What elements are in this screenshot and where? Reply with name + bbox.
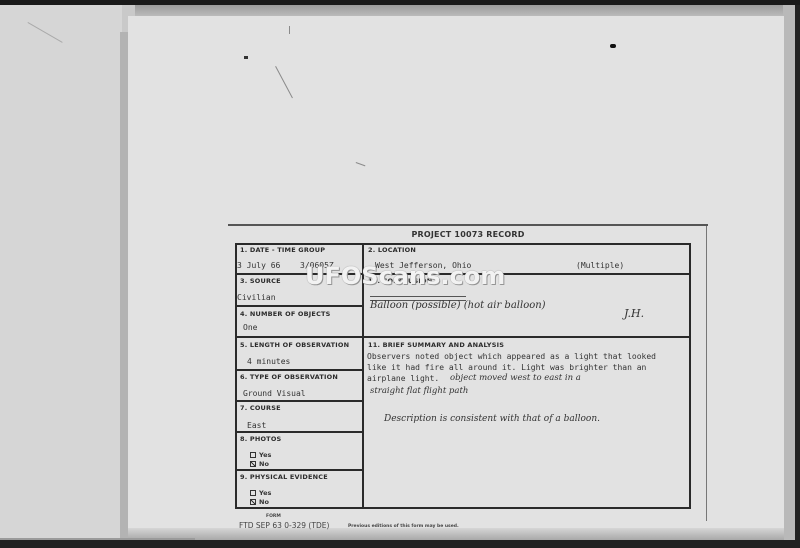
form-top-rule bbox=[228, 224, 708, 226]
summary-line-3: airplane light. bbox=[367, 374, 439, 383]
conclusion-handwritten: Balloon (possible) (hot air balloon) bbox=[370, 300, 546, 311]
form-right-rule bbox=[706, 226, 707, 521]
checkbox-checked-icon bbox=[250, 461, 256, 467]
footer-form-prefix: FORM bbox=[266, 514, 281, 519]
summary-handwritten-analysis: Description is consistent with that of a… bbox=[384, 414, 600, 424]
footer-note: Previous editions of this form may be us… bbox=[348, 524, 459, 529]
checkbox-empty-icon bbox=[250, 490, 256, 496]
date-value: 3 July 66 bbox=[237, 261, 280, 270]
summary-label: 11. BRIEF SUMMARY AND ANALYSIS bbox=[368, 341, 504, 349]
row-divider bbox=[235, 431, 363, 433]
summary-line-2: like it had fire all around it. Light wa… bbox=[367, 363, 646, 372]
conclusion-initials: J.H. bbox=[624, 307, 644, 320]
physical-evidence-yes-checkbox[interactable]: Yes bbox=[250, 489, 271, 497]
date-time-group-label: 1. DATE - TIME GROUP bbox=[240, 246, 325, 254]
scan-scratch bbox=[289, 26, 290, 34]
physical-evidence-no-checkbox[interactable]: No bbox=[250, 498, 269, 506]
type-of-observation-value: Ground Visual bbox=[243, 389, 306, 398]
row-divider bbox=[235, 336, 691, 338]
length-of-observation-label: 5. LENGTH OF OBSERVATION bbox=[240, 341, 349, 349]
location-note: (Multiple) bbox=[576, 261, 624, 270]
course-value: East bbox=[247, 421, 266, 430]
source-value: Civilian bbox=[237, 293, 276, 302]
checkbox-empty-icon bbox=[250, 452, 256, 458]
page-bottom-shadow bbox=[128, 528, 784, 540]
adjacent-page bbox=[0, 5, 122, 540]
number-of-objects-label: 4. NUMBER OF OBJECTS bbox=[240, 310, 331, 318]
summary-handwritten-1: object moved west to east in a bbox=[450, 373, 581, 383]
summary-handwritten-2: straight flat flight path bbox=[370, 386, 468, 396]
photos-label: 8. PHOTOS bbox=[240, 435, 281, 443]
footer-form-id: FTD SEP 63 0-329 (TDE) bbox=[239, 521, 329, 530]
form-title: PROJECT 10073 RECORD bbox=[228, 230, 708, 239]
photos-no-checkbox[interactable]: No bbox=[250, 460, 269, 468]
number-of-objects-value: One bbox=[243, 323, 257, 332]
physical-evidence-label: 9. PHYSICAL EVIDENCE bbox=[240, 473, 328, 481]
summary-line-1: Observers noted object which appeared as… bbox=[367, 352, 656, 361]
row-divider bbox=[235, 369, 363, 371]
scan-bottom-border bbox=[0, 540, 800, 548]
length-of-observation-value: 4 minutes bbox=[247, 357, 290, 366]
watermark: UFOScans.com bbox=[305, 262, 505, 290]
page-edge-right bbox=[783, 5, 795, 540]
row-divider bbox=[235, 305, 363, 307]
location-label: 2. LOCATION bbox=[368, 246, 416, 254]
source-label: 3. SOURCE bbox=[240, 277, 281, 285]
scan-speck bbox=[610, 44, 616, 48]
photos-yes-checkbox[interactable]: Yes bbox=[250, 451, 271, 459]
type-of-observation-label: 6. TYPE OF OBSERVATION bbox=[240, 373, 338, 381]
page-edge-shadow bbox=[120, 32, 128, 540]
scan-right-border bbox=[795, 5, 800, 540]
course-label: 7. COURSE bbox=[240, 404, 281, 412]
row-divider bbox=[235, 400, 363, 402]
scan-speck bbox=[244, 56, 248, 59]
row-divider bbox=[235, 469, 363, 471]
checkbox-checked-icon bbox=[250, 499, 256, 505]
